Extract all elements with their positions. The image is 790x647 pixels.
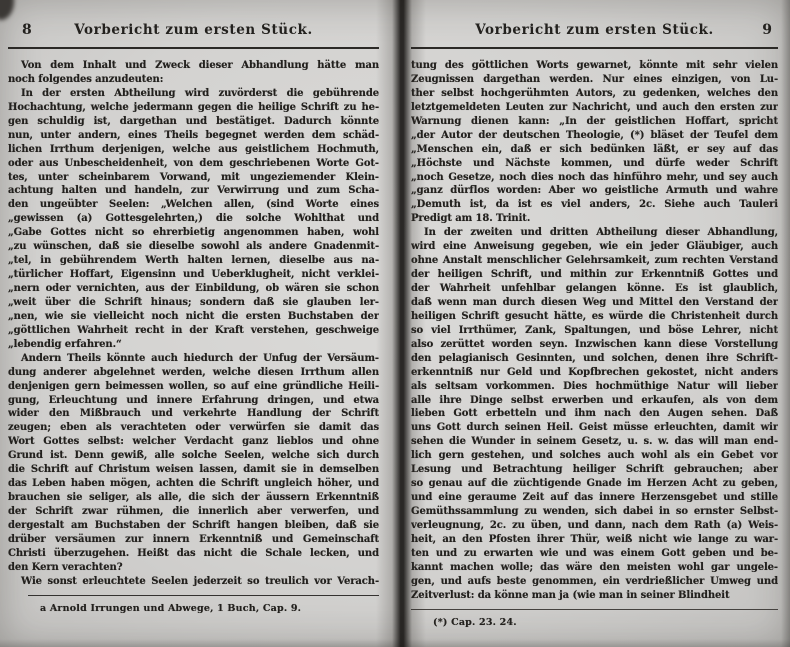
text-line: kannt machen wolle; das wäre den meisten… xyxy=(411,561,778,575)
text-line: den pelagianisch Gesinnten, und solchen,… xyxy=(411,352,778,366)
text-line: gung, Erleuchtung und innere Erfahrung d… xyxy=(8,394,379,408)
text-line: lich gern gestehen, und solches auch woh… xyxy=(411,449,778,463)
text-line: der Schrift zwar rühmen, die innerlich a… xyxy=(8,505,379,519)
text-line: dung anderer abgelehnet werden, welche d… xyxy=(8,366,379,380)
page-number-right: 9 xyxy=(762,22,772,38)
text-line: Von dem Inhalt und Zweck dieser Abhandlu… xyxy=(8,59,379,73)
text-line: den ungeübter Seelen: „Welchen allen, (s… xyxy=(8,198,379,212)
running-title-left: Vorbericht zum ersten Stück. xyxy=(74,22,313,38)
text-line: Christi überzugehen. Heißt das nicht die… xyxy=(8,547,379,561)
running-head-right: Vorbericht zum ersten Stück. 9 xyxy=(411,22,778,40)
text-line: Gemüthssammlung zu wenden, sich dabei in… xyxy=(411,505,778,519)
text-line: „ganz dürflos worden: Aber wo geistliche… xyxy=(411,184,778,198)
text-line: gen, und aufs beste genommen, ein verdri… xyxy=(411,575,778,589)
text-line: brauchen sie seliger, als alle, die sich… xyxy=(8,491,379,505)
text-line: also zerüttet worden seyn. Inzwischen ka… xyxy=(411,338,778,352)
text-line: „noch Gesetze, noch dies noch das hinfüh… xyxy=(411,171,778,185)
text-line: Grund ist. Denn gewiß, alle solche Seele… xyxy=(8,449,379,463)
text-line: so viel Irrthümer, Zank, Spaltungen, und… xyxy=(411,324,778,338)
running-title-right: Vorbericht zum ersten Stück. xyxy=(475,22,714,38)
text-line: das Leben haben mögen, achten die Schrif… xyxy=(8,477,379,491)
text-line: oder aus Unbescheidenheit, von dem gesch… xyxy=(8,157,379,171)
text-line: nun, unter andern, eines Theils begegnet… xyxy=(8,129,379,143)
text-line: „gewissen (a) Gottesgelehrten,) die solc… xyxy=(8,212,379,226)
text-line: achtung halten und handeln, zur Verwirru… xyxy=(8,184,379,198)
text-line: Wort Gottes selbst: welcher Verdacht gan… xyxy=(8,435,379,449)
text-line: Zeugnissen dargethan werden. Nur eines e… xyxy=(411,73,778,87)
text-line: In der ersten Abtheilung wird zuvörderst… xyxy=(8,87,379,101)
text-line: tung des göttlichen Worts gewarnet, könn… xyxy=(411,59,778,73)
text-line: „der Autor der deutschen Theologie, (*) … xyxy=(411,129,778,143)
text-line: uns Gott durch seinen Heil. Geist müsse … xyxy=(411,421,778,435)
text-line: erkenntniß nur Geld und Kopfbrechen geko… xyxy=(411,366,778,380)
text-line: letztgemeldeten Leuten zur Nachricht, un… xyxy=(411,101,778,115)
text-line: alle ihre Dinge selbst erwerben und erka… xyxy=(411,394,778,408)
footnote-rule-left xyxy=(28,595,379,596)
text-line: Zeitverlust: da könne man ja (wie man in… xyxy=(411,589,778,603)
text-line: Hochachtung, welche jedermann gegen die … xyxy=(8,101,379,115)
text-line: „weit über die Schrift hinaus; sondern d… xyxy=(8,296,379,310)
text-line: der Wahrheit unfehlbar gelangen könne. E… xyxy=(411,282,778,296)
text-line: Predigt am 18. Trinit. xyxy=(411,212,778,226)
text-line: „nern oder vernichten, aus der Einbildun… xyxy=(8,282,379,296)
text-line: zeugen; eben als verachteten oder verwür… xyxy=(8,421,379,435)
text-line: „türlicher Hoffart, Eigensinn und Ueberk… xyxy=(8,268,379,282)
text-line: und eine geraume Zeit auf das innere Her… xyxy=(411,491,778,505)
text-line: ther selbst hochgerühmten Autors, zu ged… xyxy=(411,87,778,101)
text-line: daß wenn man durch diesen Weg und Mittel… xyxy=(411,296,778,310)
text-line: heiligen Schrift gesucht hätte, es würde… xyxy=(411,310,778,324)
footnote-left: a Arnold Irrungen und Abwege, 1 Buch, Ca… xyxy=(40,603,379,614)
footnote-right: (*) Cap. 23. 24. xyxy=(433,617,778,628)
text-line: noch folgendes anzudeuten: xyxy=(8,73,379,87)
text-line: ohne Anstalt menschlicher Gelehrsamkeit,… xyxy=(411,254,778,268)
text-line: lieben Gott erbetteln und ihm nach den A… xyxy=(411,407,778,421)
text-line: „zu wünschen, daß sie dieselbe sowohl al… xyxy=(8,240,379,254)
header-rule-left xyxy=(8,47,379,49)
page-number-left: 8 xyxy=(22,22,32,38)
page-right: Vorbericht zum ersten Stück. 9 tung des … xyxy=(397,0,790,647)
text-line: Andern Theils könnte auch hiedurch der U… xyxy=(8,352,379,366)
text-line: Warnung dienen kann: „In der geistlichen… xyxy=(411,115,778,129)
text-line: Wie sonst erleuchtete Seelen jederzeit s… xyxy=(8,575,379,589)
text-line: „nen, wie sie vielleicht noch nicht die … xyxy=(8,310,379,324)
footnote-rule-right xyxy=(411,609,778,610)
body-text-right: tung des göttlichen Worts gewarnet, könn… xyxy=(411,59,778,603)
page-left: 8 Vorbericht zum ersten Stück. Von dem I… xyxy=(0,0,397,647)
text-line: drüber versäumen zur innern Erkenntniß u… xyxy=(8,533,379,547)
text-line: ten und zu erwarten wie und was einem Go… xyxy=(411,547,778,561)
running-head-left: 8 Vorbericht zum ersten Stück. xyxy=(8,22,379,40)
text-line: die Schrift auf Christum weisen lassen, … xyxy=(8,463,379,477)
header-rule-right xyxy=(411,47,778,49)
body-text-left: Von dem Inhalt und Zweck dieser Abhandlu… xyxy=(8,59,379,589)
text-line: tes, unter scheinbarem Vorwand, mit unge… xyxy=(8,171,379,185)
text-line: „Höchste und Nächste kommen, und dürfe w… xyxy=(411,157,778,171)
text-line: der heiligen Schrift, und mithin zur Erk… xyxy=(411,268,778,282)
text-line: „lebendig erfahren.“ xyxy=(8,338,379,352)
text-line: Lesung und Betrachtung heiliger Schrift … xyxy=(411,463,778,477)
text-line: denjenigen gern beimessen wollen, so auf… xyxy=(8,380,379,394)
text-line: „Demuth ist, da ist es viel anders, 2c. … xyxy=(411,198,778,212)
text-line: heit, an den Pfosten ihrer Thür, weiß ni… xyxy=(411,533,778,547)
book-scan: 8 Vorbericht zum ersten Stück. Von dem I… xyxy=(0,0,790,647)
text-line: „Gabe Gottes nicht so ehrerbietig angeno… xyxy=(8,226,379,240)
text-line: so genau auf die züchtigende Gnade im He… xyxy=(411,477,778,491)
text-line: In der zweiten und dritten Abtheilung di… xyxy=(411,226,778,240)
text-line: wird eine Anweisung gegeben, wie ein jed… xyxy=(411,240,778,254)
text-line: wider den Mißbrauch und verkehrte Handlu… xyxy=(8,407,379,421)
text-line: als seltsam vorkommen. Dies hochmüthige … xyxy=(411,380,778,394)
text-line: sehen die Wunder in seinem Gesetz, u. s.… xyxy=(411,435,778,449)
text-line: „Menschen ein, daß er sich bedünken läßt… xyxy=(411,143,778,157)
text-line: den Kern verachten? xyxy=(8,561,379,575)
text-line: lichen Irrthum derjenigen, welche aus ge… xyxy=(8,143,379,157)
text-line: verleugnung, 2c. zu üben, und dann, nach… xyxy=(411,519,778,533)
text-line: gen schuldig ist, dargethan und bestätig… xyxy=(8,115,379,129)
text-line: „göttlichen Wahrheit recht in der Kraft … xyxy=(8,324,379,338)
text-line: dergestalt am Buchstaben der Schrift han… xyxy=(8,519,379,533)
text-line: „tel, in gebührendem Werth halten lernen… xyxy=(8,254,379,268)
